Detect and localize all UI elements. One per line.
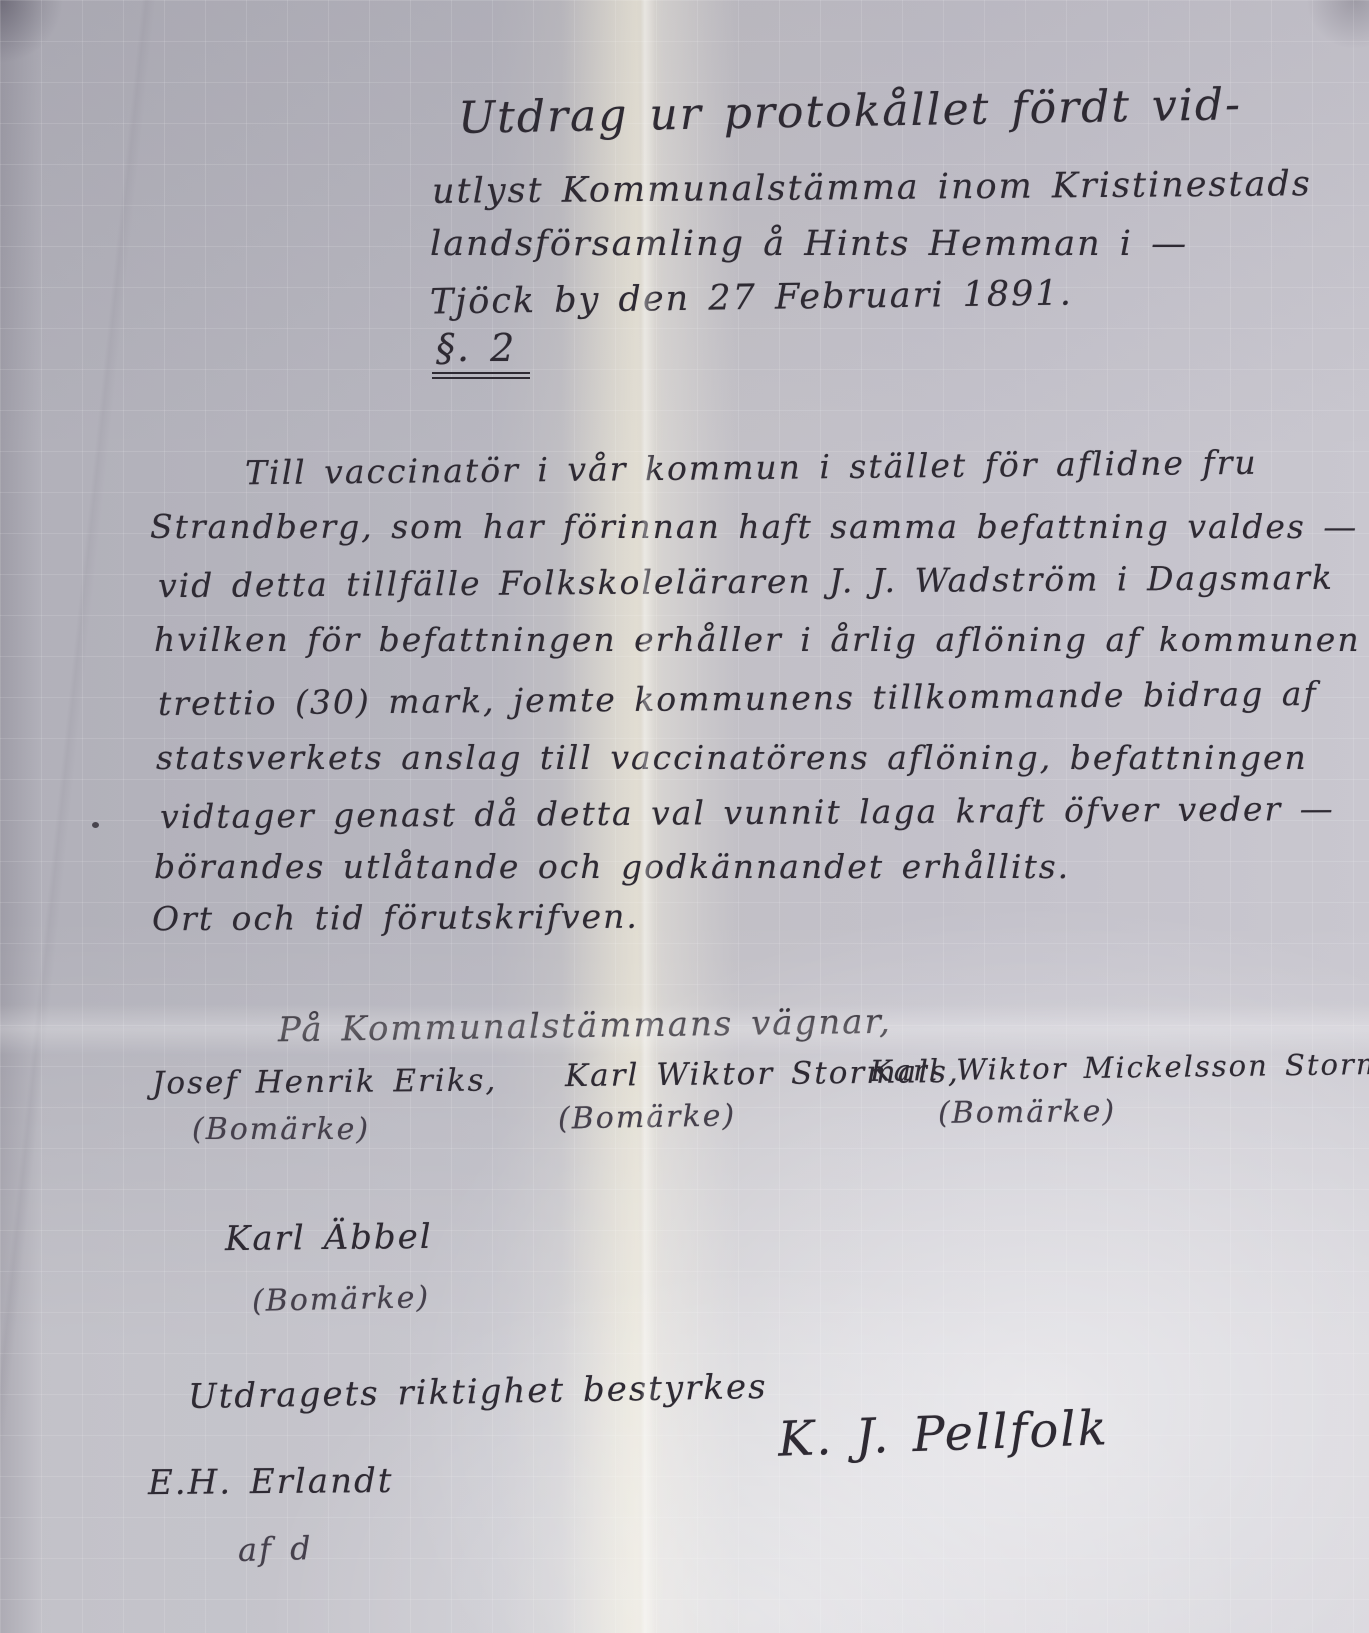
signature-name: Karl Äbbel (225, 1217, 433, 1259)
header-line: utlyst Kommunalstämma inom Kristinestads (432, 164, 1312, 212)
body-line: vid detta tillfälle Folkskoleläraren J. … (158, 558, 1334, 605)
attestation-signer-left-note: af d (238, 1529, 314, 1569)
attestation-statement: Utdragets riktighet bestyrkes (188, 1367, 768, 1417)
signature-name: Karl Wiktor Mickelsson Stormals. (870, 1046, 1369, 1088)
body-line: börandes utlåtande och godkännandet erhå… (154, 847, 1070, 886)
on-behalf-line: På Kommunalstämmans vägnar, (278, 1002, 892, 1051)
body-line: hvilken för befattningen erhåller i årli… (154, 620, 1361, 659)
signature-mark: (Bomärke) (252, 1280, 431, 1319)
signature-name: Josef Henrik Eriks, (152, 1062, 498, 1101)
body-line: trettio (30) mark, jemte kommunens tillk… (158, 674, 1318, 723)
section-mark-text: §. 2 (432, 326, 530, 379)
header-line: landsförsamling å Hints Hemman i — (430, 224, 1188, 264)
signature-mark: (Bomärke) (938, 1094, 1116, 1131)
section-mark: §. 2 (432, 326, 530, 370)
document-page: Utdrag ur protokållet fördt vid- utlyst … (0, 0, 1369, 1633)
ink-dot (92, 822, 99, 828)
signature-mark: (Bomärke) (558, 1098, 737, 1136)
body-line: statsverkets anslag till vaccinatörens a… (156, 738, 1308, 777)
attestation-signer-left: E.H. Erlandt (148, 1461, 394, 1503)
attestation-signer-right: K. J. Pellfolk (777, 1400, 1110, 1468)
header-line: Tjöck by den 27 Februari 1891. (430, 274, 1073, 323)
body-line: Strandberg, som har förinnan haft samma … (150, 507, 1358, 546)
body-line: Till vaccinatör i vår kommun i stället f… (245, 443, 1258, 493)
header-line: Utdrag ur protokållet fördt vid- (458, 79, 1243, 144)
body-line: vidtager genast då detta val vunnit laga… (160, 789, 1335, 836)
body-line: Ort och tid förutskrifven. (152, 897, 639, 939)
signature-mark: (Bomärke) (192, 1112, 370, 1147)
